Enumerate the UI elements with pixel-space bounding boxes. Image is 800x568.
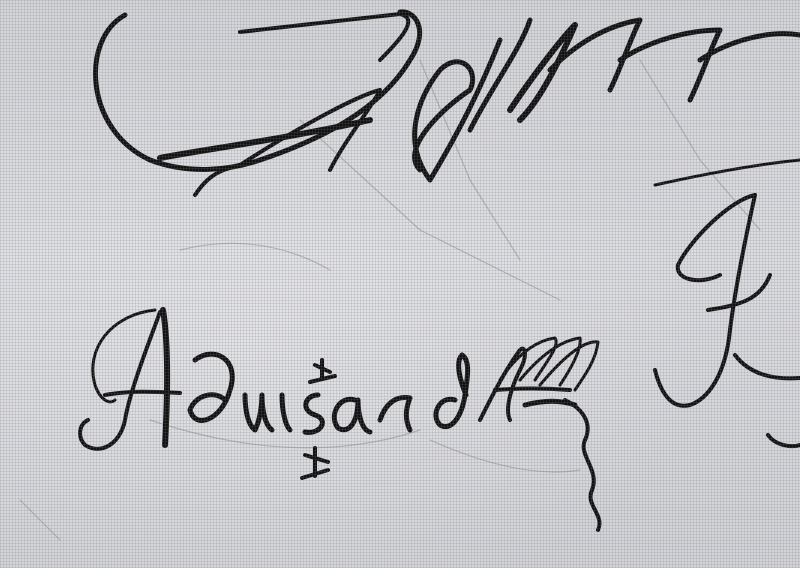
manuscript-page: R. M. F Aduisardt — [0, 0, 800, 568]
main-signature-strokes — [0, 0, 800, 568]
